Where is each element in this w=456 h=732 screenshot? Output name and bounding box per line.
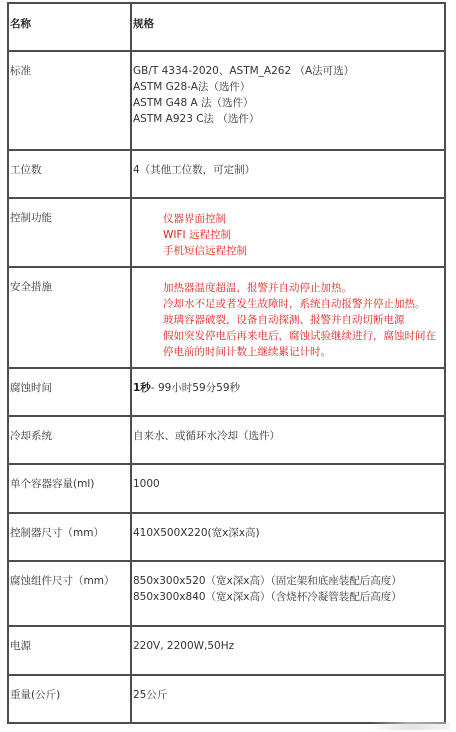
- row-value-cell: 410X500X220(宽x深x高): [131, 513, 445, 561]
- header-spec-cell: 规格: [131, 3, 445, 51]
- row-value-cell: 自来水、或循环水冷却（选件）: [131, 416, 445, 464]
- row-name-cell: 电源: [8, 626, 131, 675]
- table-row-standard: 标准 GB/T 4334-2020、ASTM_A262 （A法可选） ASTM …: [8, 51, 445, 150]
- row-value: 1000: [133, 476, 444, 492]
- row-name-cell: 冷却系统: [8, 416, 131, 464]
- row-value-cell: 220V, 2200W,50Hz: [131, 626, 445, 675]
- header-name: 名称: [10, 18, 31, 30]
- row-name-cell: 重量(公斤): [8, 675, 131, 723]
- safety-item: 加热器温度超温，报警并自动停止加热。: [163, 280, 444, 296]
- table-row-safety: 安全措施 加热器温度超温，报警并自动停止加热。 冷却水不足或者发生故障时，系统自…: [8, 267, 445, 368]
- table-header-row: 名称 规格: [8, 3, 445, 51]
- table-row-capacity: 单个容器容量(ml) 1000: [8, 464, 445, 513]
- header-spec: 规格: [133, 18, 154, 30]
- standard-line: ASTM A923 C法 （选件）: [133, 111, 444, 127]
- row-value-cell: 1秒- 99小时59分59秒: [131, 368, 445, 416]
- assembly-size-line: 850x300x520（宽x深x高）（固定架和底座装配后高度）: [133, 573, 444, 589]
- row-value: 25公斤: [133, 687, 444, 703]
- standard-line: ASTM G48 A 法（选件）: [133, 95, 444, 111]
- row-label: 重量(公斤): [10, 689, 60, 701]
- table-row-controller-size: 控制器尺寸（mm） 410X500X220(宽x深x高): [8, 513, 445, 561]
- time-min: 1秒: [133, 382, 151, 394]
- control-feature: 手机短信远程控制: [163, 243, 444, 259]
- row-value: 4（其他工位数，可定制）: [133, 162, 444, 178]
- watermark: [370, 722, 450, 730]
- table-row-weight: 重量(公斤) 25公斤: [8, 675, 445, 723]
- row-value-cell: 仪器界面控制 WIFI 远程控制 手机短信远程控制: [131, 198, 445, 267]
- spec-table: 名称 规格 标准 GB/T 4334-2020、ASTM_A262 （A法可选）…: [7, 2, 446, 724]
- row-name-cell: 标准: [8, 51, 131, 150]
- row-value-cell: 25公斤: [131, 675, 445, 723]
- row-value-cell: GB/T 4334-2020、ASTM_A262 （A法可选） ASTM G28…: [131, 51, 445, 150]
- header-name-cell: 名称: [8, 3, 131, 51]
- table-row-corrosion-time: 腐蚀时间 1秒- 99小时59分59秒: [8, 368, 445, 416]
- safety-item: 假如突发停电后再来电后，腐蚀试验继续进行，腐蚀时间在: [163, 328, 444, 344]
- row-label: 腐蚀组件尺寸（mm）: [10, 575, 114, 587]
- control-feature: 仪器界面控制: [163, 211, 444, 227]
- row-value: 410X500X220(宽x深x高): [133, 525, 444, 541]
- table-row-stations: 工位数 4（其他工位数，可定制）: [8, 150, 445, 198]
- row-value: 220V, 2200W,50Hz: [133, 638, 444, 654]
- table-row-assembly-size: 腐蚀组件尺寸（mm） 850x300x520（宽x深x高）（固定架和底座装配后高…: [8, 561, 445, 626]
- safety-item: 玻璃容器破裂，设备自动探测、报警并自动切断电源: [163, 312, 444, 328]
- row-label: 安全措施: [10, 281, 52, 293]
- standard-line: ASTM G28-A法（选件）: [133, 79, 444, 95]
- standard-line: GB/T 4334-2020、ASTM_A262 （A法可选）: [133, 63, 444, 79]
- row-name-cell: 安全措施: [8, 267, 131, 368]
- table-row-power: 电源 220V, 2200W,50Hz: [8, 626, 445, 675]
- safety-item: 停电前的时间计数上继续累记计时。: [163, 344, 444, 360]
- row-name-cell: 腐蚀时间: [8, 368, 131, 416]
- table-row-cooling: 冷却系统 自来水、或循环水冷却（选件）: [8, 416, 445, 464]
- row-name-cell: 工位数: [8, 150, 131, 198]
- row-label: 冷却系统: [10, 430, 52, 442]
- row-name-cell: 单个容器容量(ml): [8, 464, 131, 513]
- row-label: 电源: [10, 640, 31, 652]
- row-value-cell: 加热器温度超温，报警并自动停止加热。 冷却水不足或者发生故障时，系统自动报警并停…: [131, 267, 445, 368]
- row-name-cell: 腐蚀组件尺寸（mm）: [8, 561, 131, 626]
- assembly-size-line: 850x300x840（宽x深x高）（含烧杯冷凝管装配后高度）: [133, 589, 444, 605]
- row-label: 腐蚀时间: [10, 382, 52, 394]
- time-range: - 99小时59分59秒: [151, 382, 240, 394]
- safety-item: 冷却水不足或者发生故障时，系统自动报警并停止加热。: [163, 296, 444, 312]
- row-name-cell: 控制功能: [8, 198, 131, 267]
- row-value-cell: 4（其他工位数，可定制）: [131, 150, 445, 198]
- row-label: 标准: [10, 65, 31, 77]
- control-feature: WIFI 远程控制: [163, 227, 444, 243]
- row-label: 工位数: [10, 164, 42, 176]
- row-label: 单个容器容量(ml): [10, 478, 94, 490]
- row-label: 控制器尺寸（mm）: [10, 527, 104, 539]
- row-name-cell: 控制器尺寸（mm）: [8, 513, 131, 561]
- row-value: 自来水、或循环水冷却（选件）: [133, 428, 444, 444]
- row-value-cell: 1000: [131, 464, 445, 513]
- row-label: 控制功能: [10, 212, 52, 224]
- table-row-control: 控制功能 仪器界面控制 WIFI 远程控制 手机短信远程控制: [8, 198, 445, 267]
- row-value-cell: 850x300x520（宽x深x高）（固定架和底座装配后高度） 850x300x…: [131, 561, 445, 626]
